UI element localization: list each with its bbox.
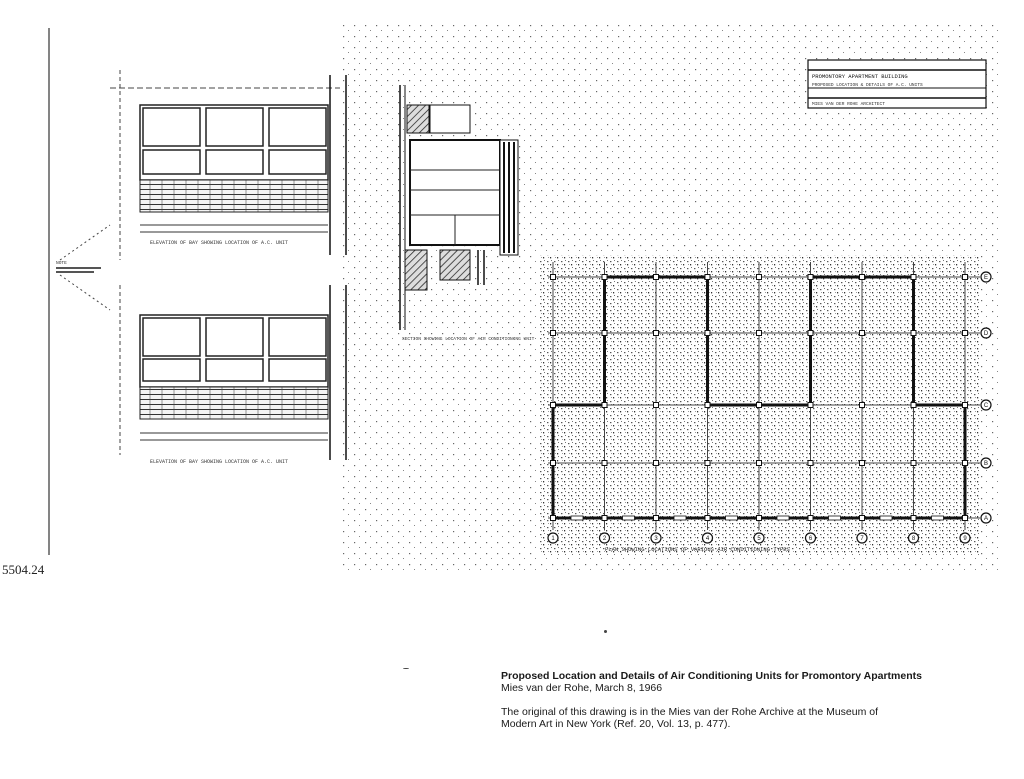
title-block: PROMONTORY APARTMENT BUILDING PROPOSED L… [808, 60, 986, 108]
svg-text:ELEVATION OF BAY SHOWING LOCAT: ELEVATION OF BAY SHOWING LOCATION OF A.C… [150, 240, 288, 246]
architectural-drawing: ELEVATION OF BAY SHOWING LOCATION OF A.C… [0, 0, 1024, 779]
svg-text:PROPOSED LOCATION & DETAILS OF: PROPOSED LOCATION & DETAILS OF A.C. UNIT… [812, 82, 923, 88]
svg-text:C: C [984, 403, 989, 409]
figure-number: 5504.24 [2, 562, 44, 578]
caption-title: Proposed Location and Details of Air Con… [501, 670, 981, 682]
scan-speck [403, 668, 409, 669]
plan-caption: PLAN SHOWING LOCATIONS OF VARIOUS AIR CO… [605, 546, 791, 553]
svg-text:PROMONTORY APARTMENT BUILDING: PROMONTORY APARTMENT BUILDING [812, 73, 908, 80]
drawing-note: NOTE [56, 225, 110, 310]
svg-text:B: B [984, 461, 988, 467]
scanned-drawing-sheet: ELEVATION OF BAY SHOWING LOCATION OF A.C… [0, 0, 1024, 779]
svg-text:NOTE: NOTE [56, 260, 67, 266]
caption-note-line2: Modern Art in New York (Ref. 20, Vol. 13… [501, 718, 981, 730]
scan-speck [604, 630, 607, 633]
figure-caption: Proposed Location and Details of Air Con… [501, 670, 981, 730]
caption-note-line1: The original of this drawing is in the M… [501, 706, 981, 718]
svg-text:D: D [984, 331, 989, 337]
elevation-lower: ELEVATION OF BAY SHOWING LOCATION OF A.C… [120, 285, 346, 465]
svg-text:E: E [984, 275, 988, 281]
svg-text:ELEVATION OF BAY SHOWING LOCAT: ELEVATION OF BAY SHOWING LOCATION OF A.C… [150, 459, 288, 465]
elevation-upper: ELEVATION OF BAY SHOWING LOCATION OF A.C… [110, 70, 346, 260]
svg-text:SECTION SHOWING LOCATION OF AI: SECTION SHOWING LOCATION OF AIR CONDITIO… [402, 336, 535, 342]
caption-byline: Mies van der Rohe, March 8, 1966 [501, 682, 981, 694]
svg-text:A: A [984, 516, 988, 522]
svg-text:MIES VAN DER ROHE ARCHITECT: MIES VAN DER ROHE ARCHITECT [812, 101, 885, 107]
